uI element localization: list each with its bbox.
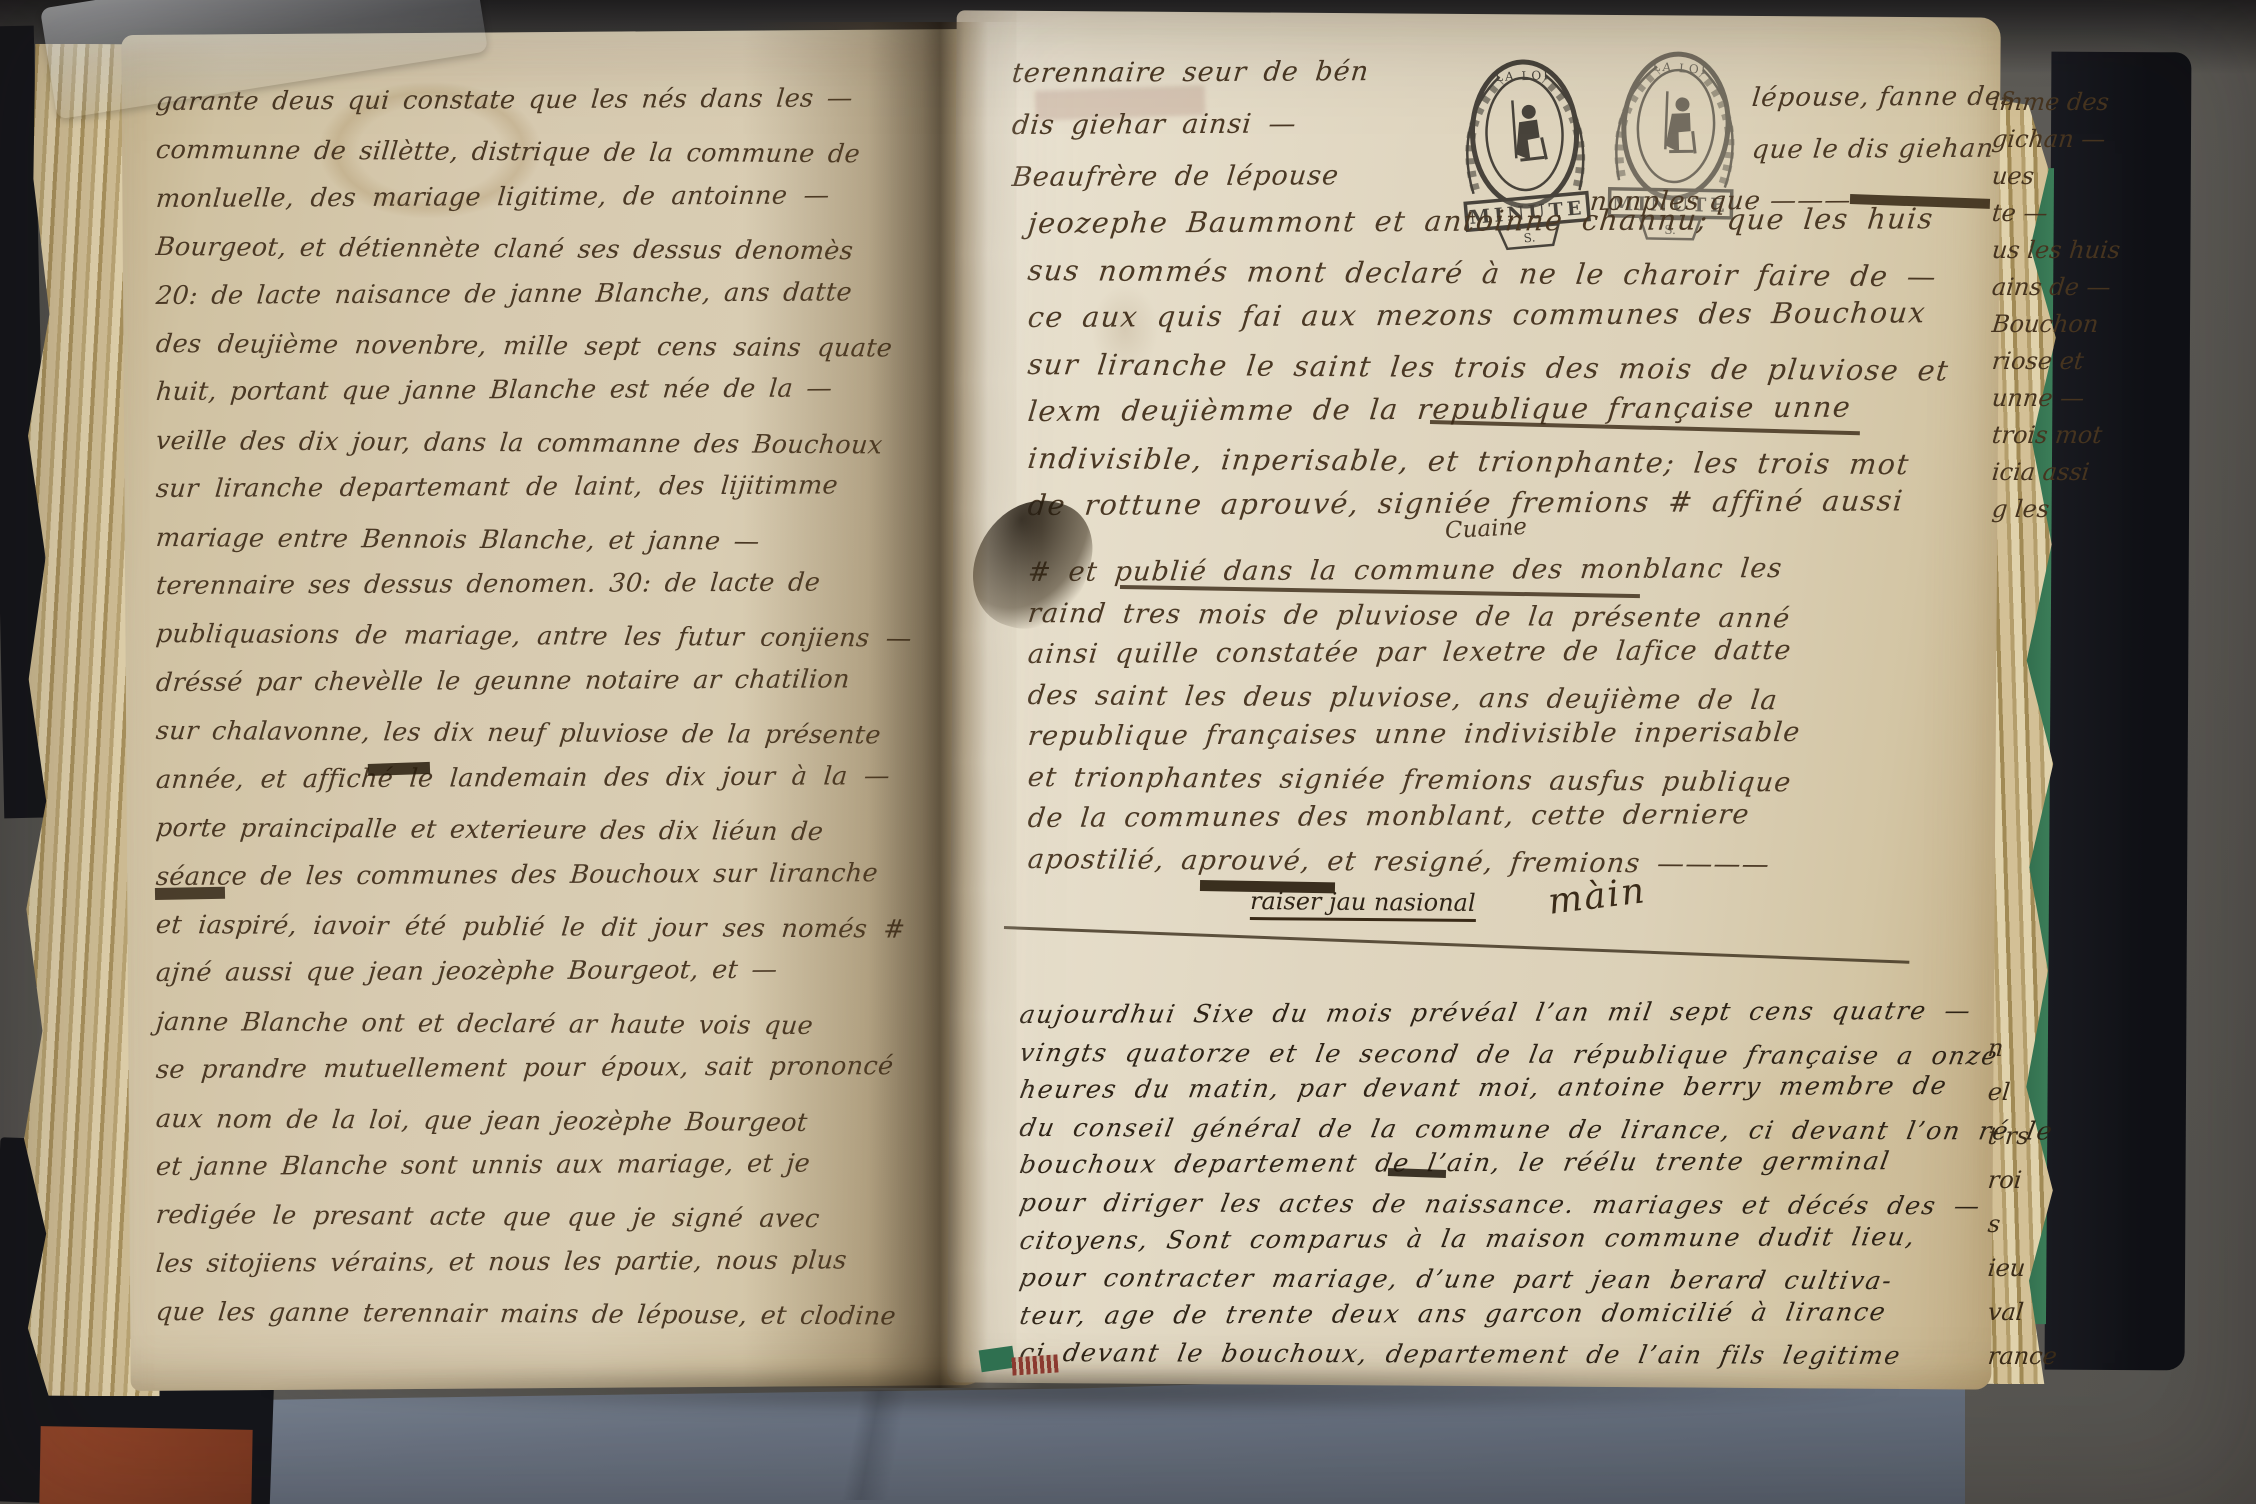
handwritten-line: gichan — xyxy=(1990,121,2164,158)
handwritten-line: Beaufrère de lépouse xyxy=(1009,150,1371,204)
right-page-second-act: aujourdhui Sixe du mois prévéal l’an mil… xyxy=(1020,996,2054,1372)
handwritten-line: huit, portant que janne Blanche est née … xyxy=(154,365,773,417)
handwritten-line: terennaire ses dessus denomen. 30: de la… xyxy=(154,559,773,611)
handwritten-line: de la communes des monblant, cette derni… xyxy=(1026,794,1803,839)
handwritten-line: imme des xyxy=(1990,84,2164,121)
handwritten-line: bouchoux departement de l’ain, le réélu … xyxy=(1017,1142,2058,1184)
handwritten-line: et iaspiré, iavoir été publié le dit jou… xyxy=(154,901,773,953)
handwritten-line: redigée le presant acte que que je signé… xyxy=(154,1191,773,1243)
handwritten-line: s xyxy=(1986,1202,2161,1246)
handwritten-line: année, et affiché le landemain des dix j… xyxy=(154,752,773,804)
handwritten-line: séance de les communes des Bouchoux sur … xyxy=(154,849,773,901)
handwritten-line: riose et xyxy=(1990,343,2164,380)
handwritten-line: n xyxy=(1986,1026,2161,1070)
handwritten-line: que le dis giehan xyxy=(1749,123,2018,176)
handwritten-line: ce aux quis fai aux mezons communes des … xyxy=(1026,289,1953,341)
page-edge-text-fragments-lower: nelt rsroisieuvalrance xyxy=(1988,1026,2158,1378)
handwritten-line: trois mot xyxy=(1990,417,2164,454)
book-gutter-shadow xyxy=(742,22,1042,1388)
handwritten-line: se prandre mutuellement pour époux, sait… xyxy=(154,1043,773,1095)
handwritten-line: heures du matin, par devant moi, antoine… xyxy=(1017,1067,2058,1109)
handwritten-line: us les huis xyxy=(1990,232,2164,269)
handwritten-line: sur liranche departemant de laint, des l… xyxy=(154,462,773,514)
right-page-act-lower: # et publié dans la commune des monblanc… xyxy=(1028,552,1800,880)
handwritten-line: aujourdhui Sixe du mois prévéal l’an mil… xyxy=(1017,991,2058,1033)
handwritten-line: teur, age de trente deux ans garcon domi… xyxy=(1017,1292,2058,1334)
handwritten-line: ains de — xyxy=(1990,269,2164,306)
right-page-header-left: terennaire seur de béndis giehar ainsi —… xyxy=(1012,48,1369,204)
handwritten-line: icia assi xyxy=(1990,454,2164,491)
handwritten-line: g les xyxy=(1990,491,2164,528)
handwritten-line: unne — xyxy=(1990,380,2164,417)
handwritten-line: terennaire seur de bén xyxy=(1009,46,1371,100)
handwritten-line: que les ganne terennair mains de lépouse… xyxy=(154,1288,773,1340)
striped-ribbon-marker xyxy=(1011,1354,1058,1375)
handwritten-line: les sitojiens vérains, et nous les parti… xyxy=(154,1237,773,1289)
handwritten-line: et janne Blanche sont unnis aux mariage,… xyxy=(154,1140,773,1192)
handwritten-line: Bourgeot, et détiennète clané ses dessus… xyxy=(154,223,773,275)
handwritten-line: val xyxy=(1986,1290,2161,1334)
handwritten-line: veille des dix jour, dans la commanne de… xyxy=(154,417,773,469)
handwritten-line: ieu xyxy=(1986,1246,2161,1290)
heavy-deletion-mark xyxy=(1200,880,1335,893)
handwritten-line: rance xyxy=(1986,1334,2161,1378)
handwritten-line: 20: de lacte naisance de janne Blanche, … xyxy=(154,268,773,320)
handwritten-line: jeozephe Baummont et antoinne channu; qu… xyxy=(1026,195,1953,247)
handwritten-line: publiquasions de mariage, antre les futu… xyxy=(154,610,773,662)
handwritten-line: lexm deujièmme de la republique français… xyxy=(1026,383,1953,435)
stamp-ring-label: LA LOI xyxy=(1652,59,1708,77)
green-ribbon-marker xyxy=(979,1346,1016,1373)
handwritten-line: monluelle, des mariage ligitime, de anto… xyxy=(154,172,773,224)
blotted-word xyxy=(368,762,430,776)
handwritten-line: dréssé par chevèlle le geunne notaire ar… xyxy=(154,656,773,708)
handwritten-line: apostilié, aprouvé, et resigné, fremions… xyxy=(1026,839,1802,885)
stamp-ring-label: LA LOI xyxy=(1495,68,1550,84)
handwritten-line: mariage entre Bennois Blanche, et janne … xyxy=(154,514,773,566)
handwritten-line: dis giehar ainsi — xyxy=(1009,98,1371,152)
handwritten-line: te — xyxy=(1990,195,2164,232)
rust-colored-surface xyxy=(39,1426,252,1504)
open-register-photo: LA LOI MINUTE S. xyxy=(0,0,2256,1504)
handwritten-line: sur chalavonne, les dix neuf pluviose de… xyxy=(154,707,773,759)
handwritten-line: aux nom de la loi, que jean jeozèphe Bou… xyxy=(154,1095,773,1147)
handwritten-line: janne Blanche ont et declaré ar haute vo… xyxy=(154,998,773,1050)
handwritten-line: ues xyxy=(1990,158,2164,195)
handwritten-line: Bouchon xyxy=(1990,306,2164,343)
handwritten-line: t rs xyxy=(1986,1114,2161,1158)
left-page-handwriting: garante deus qui constate que les nés da… xyxy=(156,78,771,1337)
page-edge-text-fragments-upper: imme desgichan —ueste —us les huisains d… xyxy=(1992,84,2162,528)
handwritten-line: ajné aussi que jean jeozèphe Bourgeot, e… xyxy=(154,946,773,998)
handwritten-line: republique françaises unne indivisible i… xyxy=(1026,712,1803,757)
handwritten-line: el xyxy=(1986,1070,2161,1114)
handwritten-line: roi xyxy=(1986,1158,2161,1202)
right-page-act-upper: jeozephe Baummont et antoinne channu; qu… xyxy=(1028,200,1950,529)
interline-insertion: Cuaine xyxy=(1444,514,1527,544)
blotted-word xyxy=(155,887,225,900)
handwritten-line: ainsi quille constatée par lexetre de la… xyxy=(1026,630,1803,675)
handwritten-line: communne de sillètte, distrique de la co… xyxy=(154,126,773,178)
book-drop-shadow xyxy=(240,1366,1920,1416)
handwritten-line: citoyens, Sont comparus à la maison comm… xyxy=(1017,1217,2058,1259)
handwritten-line: porte praincipalle et exterieure des dix… xyxy=(154,804,773,856)
handwritten-line: lépouse, fanne des xyxy=(1749,71,2018,124)
